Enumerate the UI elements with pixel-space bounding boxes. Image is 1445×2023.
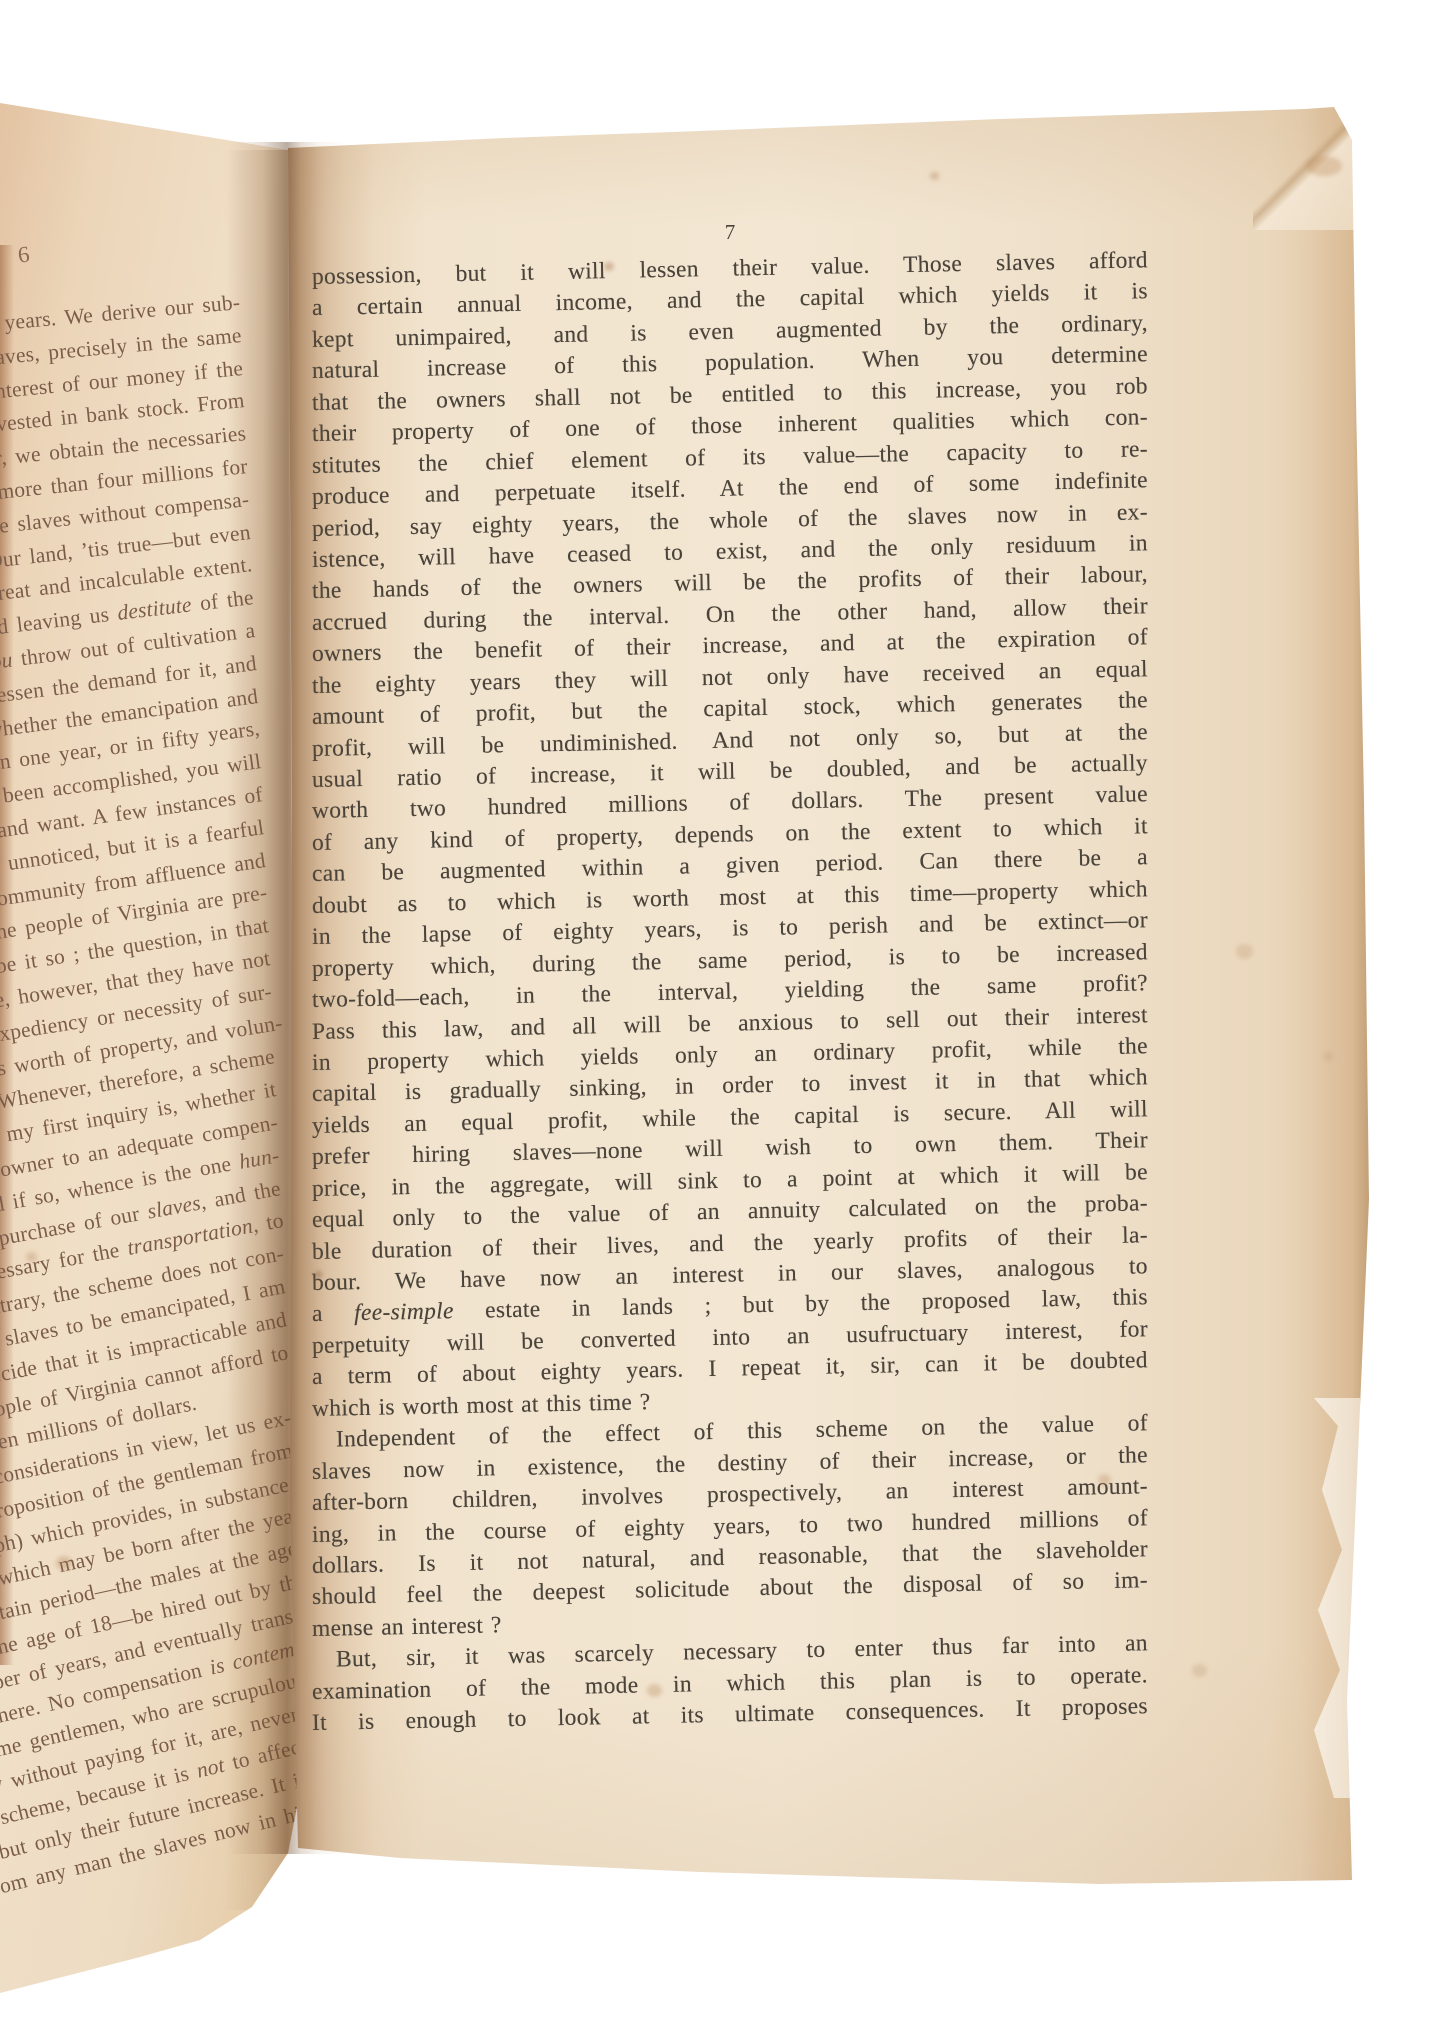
right-page: 7 possession, but it will lessen their v…	[285, 100, 1377, 1900]
left-page: 6 ndred years. We derive our sub-f our s…	[0, 95, 302, 2010]
left-page-number: 6	[16, 241, 32, 268]
right-page-corner-bend	[1253, 100, 1363, 230]
page-7-text-column: possession, but it will lessen their val…	[312, 262, 1148, 1740]
page-6-text-column: ndred years. We derive our sub-f our sla…	[0, 286, 240, 1827]
book-photograph: 6 ndred years. We derive our sub-f our s…	[0, 0, 1445, 2023]
